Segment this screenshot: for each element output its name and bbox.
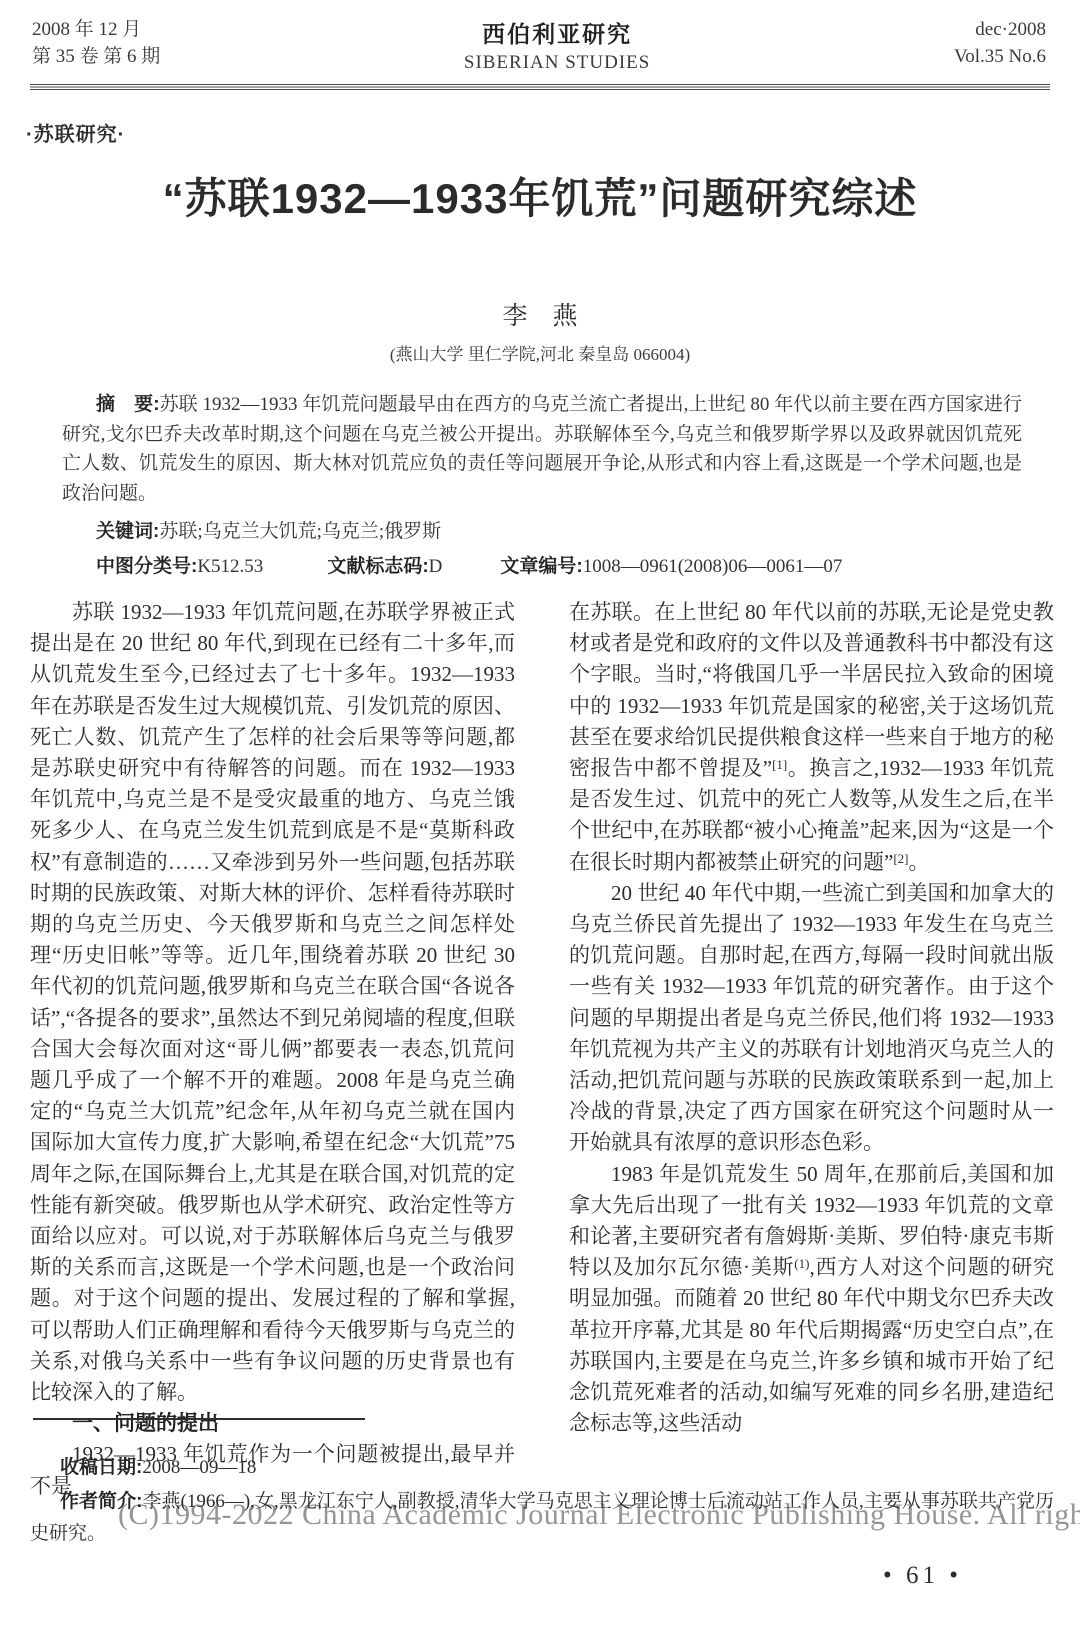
doc-code-item: 文献标志码:D — [327, 556, 442, 577]
issue-date-en: dec·2008 — [954, 16, 1046, 43]
keywords-line: 关键词:苏联;乌克兰大饥荒;乌克兰;俄罗斯 — [96, 516, 1022, 543]
volume-issue-cn: 第 35 卷 第 6 期 — [32, 43, 160, 70]
clc-label: 中图分类号: — [96, 556, 197, 577]
journal-page: 2008 年 12 月 第 35 卷 第 6 期 西伯利亚研究 SIBERIAN… — [0, 0, 1080, 1634]
author-bio-line: 作者简介:李燕(1966—),女,黑龙江东宁人,副教授,清华大学马克思主义理论博… — [30, 1486, 1054, 1550]
journal-title-en: SIBERIAN STUDIES — [464, 52, 650, 74]
body-paragraph: 在苏联。在上世纪 80 年代以前的苏联,无论是党史教材或者是党和政府的文件以及普… — [569, 597, 1054, 878]
journal-title-block: 西伯利亚研究 SIBERIAN STUDIES — [464, 16, 650, 74]
journal-title-cn: 西伯利亚研究 — [464, 16, 650, 49]
section-heading-1: 一、问题的提出 — [30, 1408, 515, 1439]
right-column: 在苏联。在上世纪 80 年代以前的苏联,无论是党史教材或者是党和政府的文件以及普… — [569, 597, 1054, 1502]
page-number: • 61 • — [883, 1562, 962, 1590]
article-body: 苏联 1932—1933 年饥荒问题,在苏联学界被正式提出是在 20 世纪 80… — [30, 597, 1054, 1502]
issue-info-en-block: dec·2008 Vol.35 No.6 — [954, 16, 1046, 70]
received-date-line: 收稿日期:2008—09—18 — [60, 1452, 1040, 1479]
author-affiliation: (燕山大学 里仁学院,河北 秦皇岛 066004) — [0, 340, 1080, 365]
clc-value: K512.53 — [197, 556, 263, 577]
journal-header: 2008 年 12 月 第 35 卷 第 6 期 西伯利亚研究 SIBERIAN… — [32, 16, 1046, 74]
column-section-label: ·苏联研究· — [26, 118, 125, 147]
header-divider — [30, 84, 1050, 92]
issue-date-block: 2008 年 12 月 第 35 卷 第 6 期 — [32, 16, 160, 70]
abstract-label: 摘 要: — [96, 394, 160, 415]
author-bio-text: 李燕(1966—),女,黑龙江东宁人,副教授,清华大学马克思主义理论博士后流动站… — [30, 1491, 1054, 1544]
abstract-text: 苏联 1932—1933 年饥荒问题最早由在西方的乌克兰流亡者提出,上世纪 80… — [62, 394, 1022, 504]
keywords-label: 关键词: — [96, 521, 159, 542]
left-column: 苏联 1932—1933 年饥荒问题,在苏联学界被正式提出是在 20 世纪 80… — [30, 597, 515, 1502]
body-paragraph: 1983 年是饥荒发生 50 周年,在那前后,美国和加拿大先后出现了一批有关 1… — [569, 1159, 1054, 1440]
author-name: 李 燕 — [0, 296, 1080, 332]
doc-code-value: D — [429, 556, 443, 577]
article-id-label: 文章编号: — [500, 556, 582, 577]
received-date-value: 2008—09—18 — [142, 1457, 256, 1478]
doc-code-label: 文献标志码: — [327, 556, 428, 577]
author-bio-label: 作者简介: — [60, 1491, 142, 1512]
clc-item: 中图分类号:K512.53 — [96, 556, 263, 577]
article-id-value: 1008—0961(2008)06—0061—07 — [583, 556, 843, 577]
article-title: “苏联1932—1933年饥荒”问题研究综述 — [0, 166, 1080, 226]
body-paragraph: 20 世纪 40 年代中期,一些流亡到美国和加拿大的乌克兰侨民首先提出了 193… — [569, 878, 1054, 1159]
issue-date-cn: 2008 年 12 月 — [32, 16, 160, 43]
keywords-text: 苏联;乌克兰大饥荒;乌克兰;俄罗斯 — [159, 521, 441, 542]
received-date-label: 收稿日期: — [60, 1457, 142, 1478]
footnote-divider — [33, 1418, 365, 1420]
abstract-paragraph: 摘 要:苏联 1932—1933 年饥荒问题最早由在西方的乌克兰流亡者提出,上世… — [62, 390, 1022, 508]
body-paragraph: 苏联 1932—1933 年饥荒问题,在苏联学界被正式提出是在 20 世纪 80… — [30, 597, 515, 1408]
classification-line: 中图分类号:K512.53文献标志码:D文章编号:1008—0961(2008)… — [96, 551, 1040, 578]
volume-issue-en: Vol.35 No.6 — [954, 43, 1046, 70]
article-id-item: 文章编号:1008—0961(2008)06—0061—07 — [500, 556, 842, 577]
